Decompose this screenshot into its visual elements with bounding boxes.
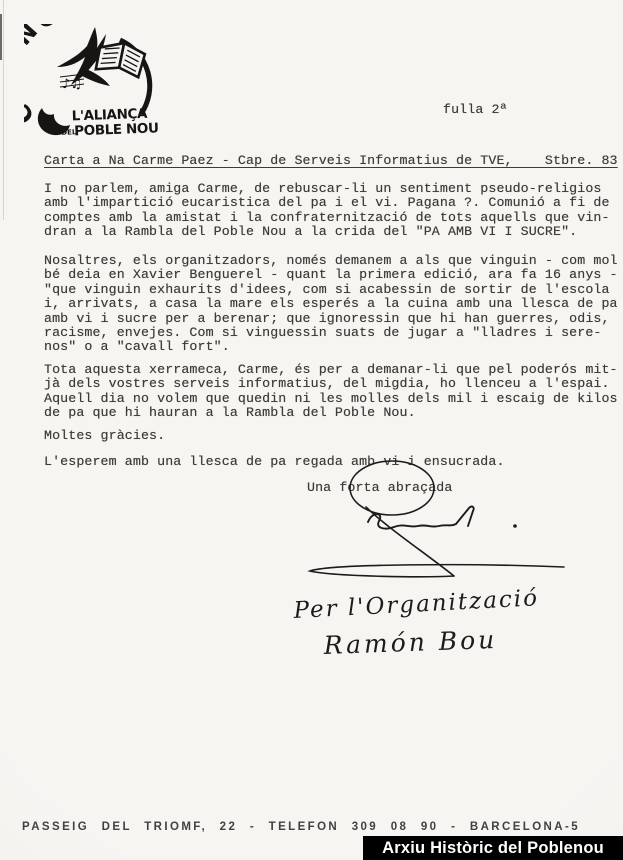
- casino-alianca-logo: CASINO ♪♫ L'A: [24, 24, 162, 146]
- archive-watermark: Arxiu Històric del Poblenou: [363, 836, 623, 860]
- logo-poblenou-text: POBLE NOU: [74, 120, 159, 139]
- sheet-number: fulla 2ª: [443, 103, 508, 117]
- scan-edge-artifact: [0, 14, 2, 60]
- signature-role-line: Per l'Organització: [292, 585, 540, 624]
- svg-text:♪♫: ♪♫: [62, 77, 82, 92]
- logo-music-notes-icon: ♪♫: [60, 74, 84, 92]
- paragraph-3: Tota aquesta xerrameca, Carme, és per a …: [44, 363, 618, 421]
- paragraph-2: Nosaltres, els organitzadors, només dema…: [44, 254, 618, 355]
- paragraph-1: I no parlem, amiga Carme, de rebuscar-li…: [44, 182, 610, 240]
- logo-swallow-wing-icon: [82, 68, 110, 86]
- signature-block: Per l'Organització Ramón Bou: [268, 452, 588, 674]
- letter-heading: Carta a Na Carme Paez - Cap de Serveis I…: [44, 154, 618, 168]
- signature-scribble: [310, 461, 564, 577]
- signature-name-line: Ramón Bou: [322, 625, 498, 660]
- thanks-line: Moltes gràcies.: [44, 429, 165, 443]
- archive-watermark-text: Arxiu Històric del Poblenou: [382, 839, 604, 858]
- scanned-letter-page: CASINO ♪♫ L'A: [0, 0, 623, 860]
- scan-edge-shadow: [3, 0, 4, 220]
- address-footer: PASSEIG DEL TRIOMF, 22 - TELEFON 309 08 …: [22, 821, 580, 833]
